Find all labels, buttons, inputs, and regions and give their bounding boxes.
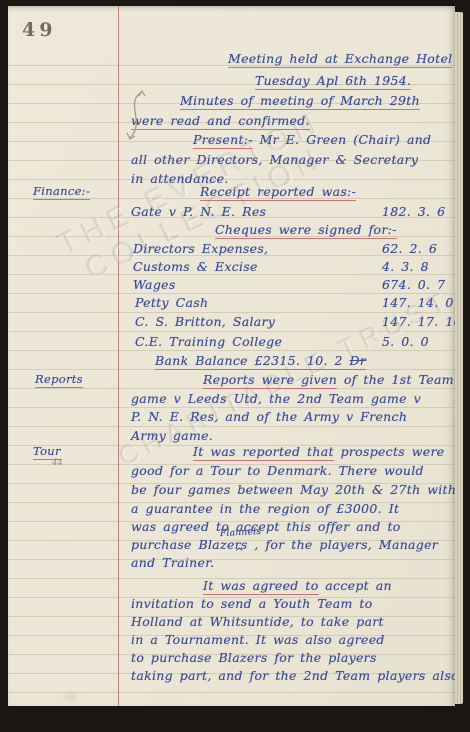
book-page-edges xyxy=(455,12,463,704)
minutes-text: Minutes of meeting of March 29th xyxy=(180,93,420,110)
cheques-heading-text: Cheques were signed for:- xyxy=(215,222,397,239)
minutes-line: Minutes of meeting of March 29th xyxy=(180,93,420,108)
cheque-row-amount: 147. 17. 10 xyxy=(382,314,462,329)
meeting-place-text: Meeting held at Exchange Hotel xyxy=(228,51,452,68)
youth-line-2: invitation to send a Youth Team to xyxy=(131,596,373,611)
tour-line-7: and Trainer. xyxy=(131,555,214,570)
meeting-place-line: Meeting held at Exchange Hotel xyxy=(228,51,452,66)
cheque-row-label: C.E. Training College xyxy=(135,334,282,349)
finance-margin-label: Finance:- xyxy=(33,184,90,199)
cheque-row-label: Wages xyxy=(133,277,176,292)
cheque-row-amount: 62. 2. 6 xyxy=(382,241,437,256)
receipt-row-label: Gate v P. N. E. Res xyxy=(131,204,266,219)
insertion-arrow-icon xyxy=(118,88,152,146)
receipt-heading: Receipt reported was:- xyxy=(200,184,356,199)
bank-balance-dr-marker: Dr xyxy=(350,353,367,368)
youth-line-1-rest: accept an xyxy=(319,578,392,593)
tour-line-2: good for a Tour to Denmark. There would xyxy=(131,463,424,478)
tour-line-1-underlined: It was reported that xyxy=(193,444,334,461)
bank-balance-text: Bank Balance £2315. 10. 2 xyxy=(155,353,350,368)
bank-balance-line: Bank Balance £2315. 10. 2 Dr xyxy=(155,353,366,368)
meeting-date-line: Tuesday Apl 6th 1954. xyxy=(255,73,411,88)
tour-line-6: purchase Blazers , for the players, Mana… xyxy=(131,537,438,552)
insertion-caret: ^ xyxy=(235,545,244,560)
cheque-row-label: Directors Expenses, xyxy=(133,241,268,256)
reports-margin-text: Reports xyxy=(35,372,83,388)
cheque-row-label: Petty Cash xyxy=(135,295,208,310)
bank-balance-underline: Bank Balance £2315. 10. 2 Dr xyxy=(155,353,366,370)
receipt-row-amount: 182. 3. 6 xyxy=(382,204,445,219)
present-label: Present:- xyxy=(193,132,253,149)
cheque-row-amount: 5. 0. 0 xyxy=(382,334,429,349)
reports-line-2: game v Leeds Utd, the 2nd Team game v xyxy=(131,391,421,406)
tour-line-1: It was reported that prospects were xyxy=(193,444,444,459)
tour-line-1-rest: prospects were xyxy=(334,444,445,459)
tour-line-4: a guarantee in the region of £3000. It xyxy=(131,501,399,516)
present-rest: Mr E. Green (Chair) and xyxy=(253,132,432,147)
tour-line-3: be four games between May 20th & 27th wi… xyxy=(131,482,456,497)
reports-line-1-underlined: Reports were given xyxy=(203,372,337,389)
meeting-date-text: Tuesday Apl 6th 1954. xyxy=(255,73,411,90)
cheque-row-amount: 674. 0. 7 xyxy=(382,277,445,292)
reports-line-1-rest: of the 1st Team xyxy=(337,372,454,387)
present-line: Present:- Mr E. Green (Chair) and xyxy=(193,132,431,147)
tour-margin-note: 44 xyxy=(52,456,63,471)
cheques-heading: Cheques were signed for:- xyxy=(215,222,397,237)
present-line-2: all other Directors, Manager & Secretary xyxy=(131,152,418,167)
youth-line-4: in a Tournament. It was also agreed xyxy=(131,632,385,647)
tour-line-5: was agreed to accept this offer and to xyxy=(131,519,401,534)
youth-line-5: to purchase Blazers for the players xyxy=(131,650,377,665)
receipt-heading-text: Receipt reported was:- xyxy=(200,184,356,201)
confirm-line: were read and confirmed. xyxy=(131,113,310,128)
reports-line-4: Army game. xyxy=(131,428,213,443)
youth-line-1: It was agreed to accept an xyxy=(203,578,392,593)
reports-line-3: P. N. E. Res, and of the Army v French xyxy=(131,409,407,424)
finance-margin-text: Finance:- xyxy=(33,184,90,200)
youth-line-3: Holland at Whitsuntide, to take part xyxy=(131,614,384,629)
cheque-row-amount: 147. 14. 0 xyxy=(382,295,454,310)
cheque-row-label: Customs & Excise xyxy=(133,259,258,274)
reports-line-1: Reports were given of the 1st Team xyxy=(203,372,454,387)
youth-line-6: taking part, and for the 2nd Team player… xyxy=(131,668,463,683)
cheque-row-amount: 4. 3. 8 xyxy=(382,259,429,274)
reports-margin-label: Reports xyxy=(35,372,83,387)
cheque-row-label: C. S. Britton, Salary xyxy=(135,314,275,329)
page-number-stamp: 49 xyxy=(22,19,56,41)
youth-line-1-underlined: It was agreed to xyxy=(203,578,319,595)
confirm-text: were read and confirmed. xyxy=(131,113,310,130)
ledger-page: THE EVERTON COLLECTION CHARITABLE TRUST … xyxy=(8,6,455,706)
paper-stain xyxy=(60,690,82,704)
